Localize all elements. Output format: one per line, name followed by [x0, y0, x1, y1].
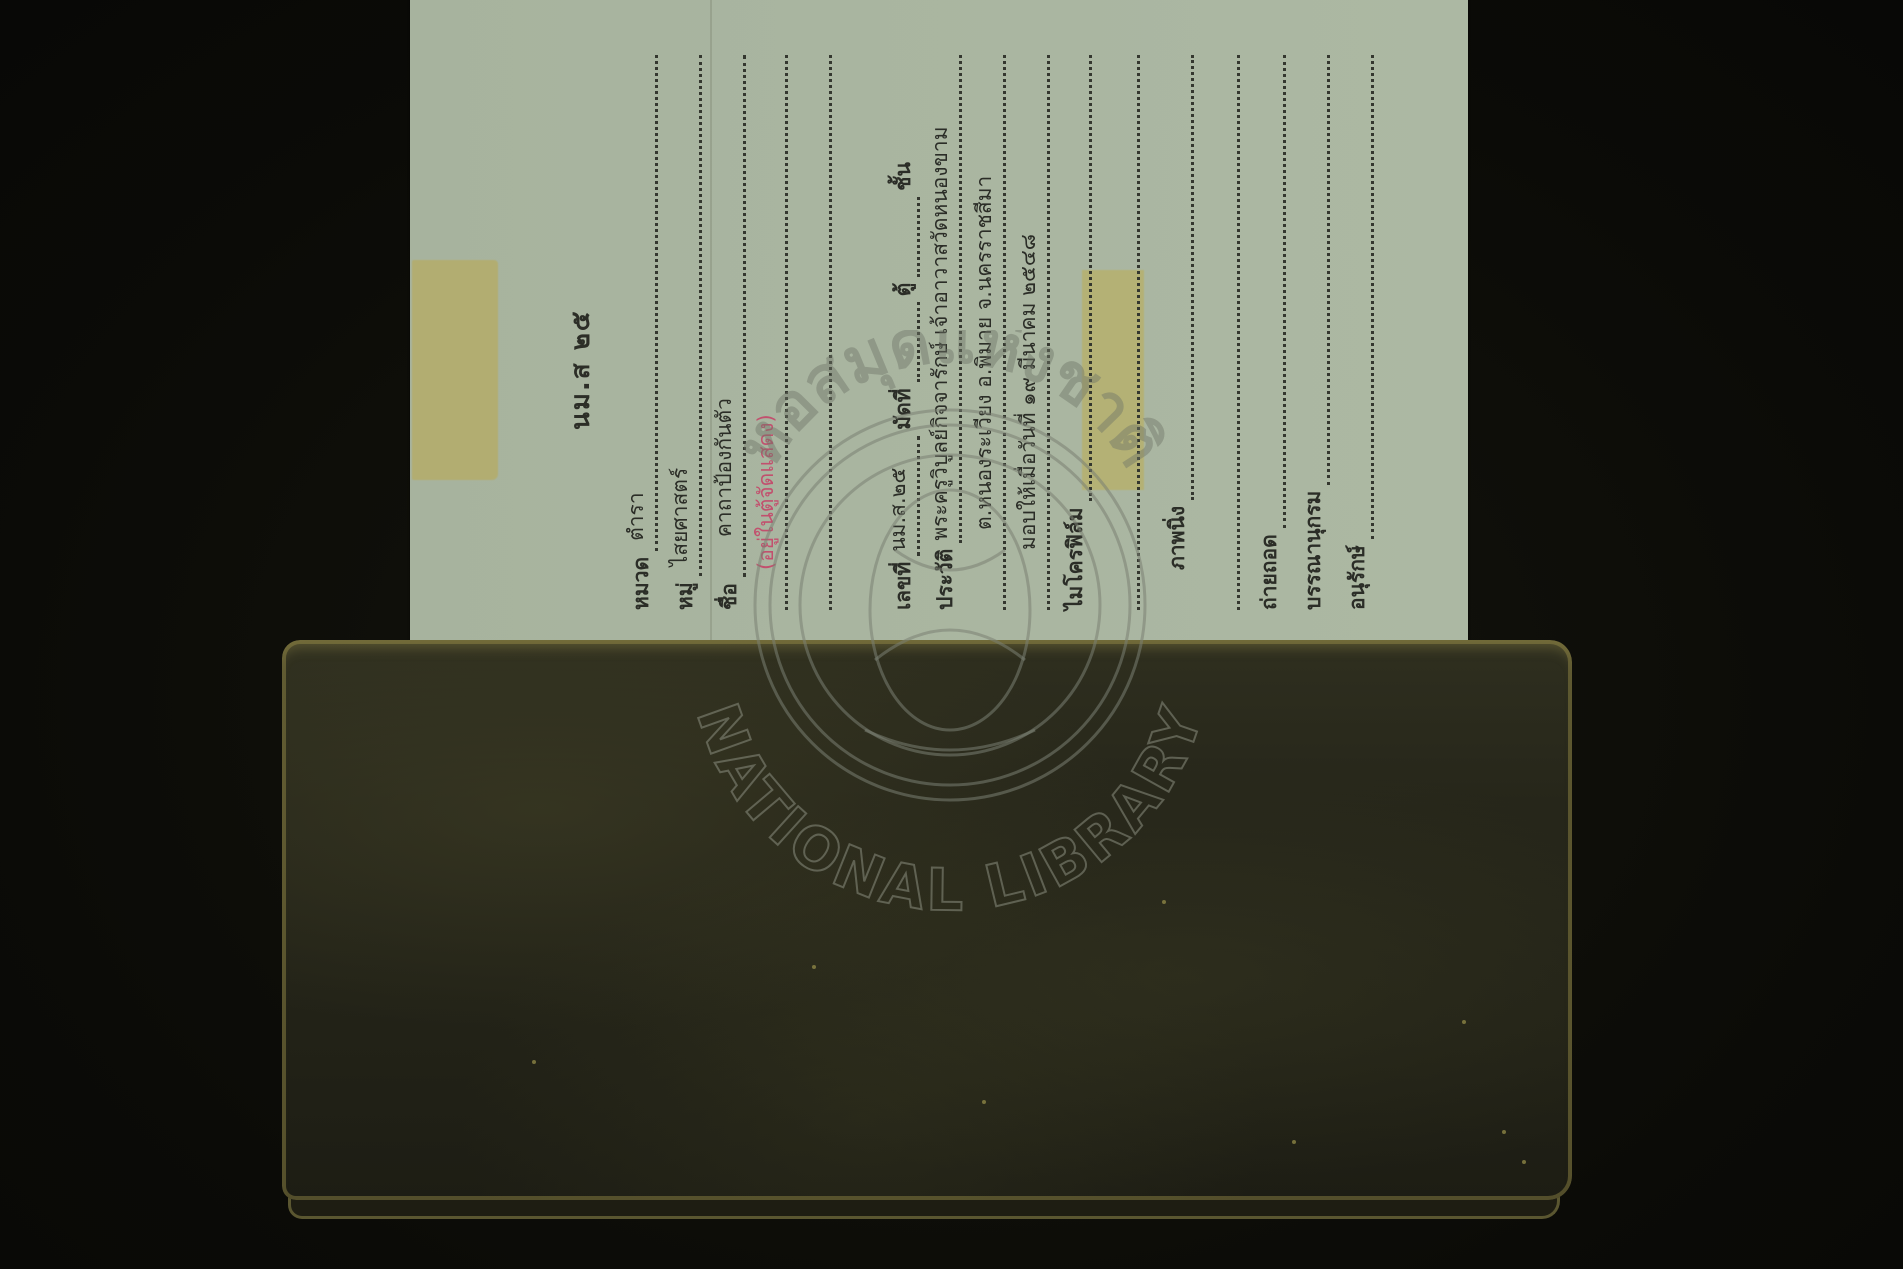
label-microfilm: ไมโครฟิล์ม	[1059, 501, 1092, 610]
dotted-line	[887, 197, 920, 277]
row-blank-3	[1210, 55, 1240, 610]
dotted-line	[1107, 55, 1140, 610]
row-conservation: อนุรักษ์	[1344, 55, 1374, 610]
dotted-line: มอบให้เมื่อวันที่ ๑๙ มีนาคม ๒๕๔๘	[1017, 55, 1050, 610]
dotted-line: คาถาป้องกันตัว	[713, 55, 746, 577]
dotted-line: ต.หนองระเวียง อ.พิมาย จ.นครราชสีมา	[973, 55, 1006, 610]
value-display-note: (อยู่ในตู้จัดแสดง)	[750, 414, 783, 570]
row-group: หมู่ ไสยศาสตร์	[672, 55, 702, 610]
row-history-3: มอบให้เมื่อวันที่ ๑๙ มีนาคม ๒๕๔๘	[1020, 55, 1050, 610]
dotted-line	[887, 302, 920, 382]
value-number: นม.ส.๒๕	[882, 468, 915, 552]
dotted-line: ตำรา	[625, 55, 658, 551]
dotted-line	[1207, 55, 1240, 610]
dotted-line	[1297, 55, 1330, 485]
label-category: หมวด	[625, 551, 658, 610]
dotted-line	[799, 55, 832, 610]
row-blank-1	[802, 55, 832, 610]
row-name: ชื่อ คาถาป้องกันตัว	[716, 55, 746, 610]
label-transcription: ถ่ายถอด	[1253, 528, 1286, 610]
dotted-line: พระครูวิบูลย์กิจจารักษ์ เจ้าอาวาสวัดหนอง…	[929, 55, 962, 543]
card-title: นม.ส ๒๕	[560, 0, 601, 640]
row-number: เลขที่ นม.ส.๒๕ มัดที่ ตู้ ชั้น	[890, 55, 920, 610]
label-number: เลขที่	[887, 556, 920, 610]
value-history-2: ต.หนองระเวียง อ.พิมาย จ.นครราชสีมา	[968, 176, 1001, 530]
row-history: ประวัติ พระครูวิบูลย์กิจจารักษ์ เจ้าอาวา…	[932, 55, 962, 610]
catalog-card: นม.ส ๒๕ หมวด ตำรา หมู่ ไสยศาสตร์ ชื่อ คา…	[410, 0, 1468, 640]
label-shelf: ชั้น	[887, 156, 920, 197]
row-category: หมวด ตำรา	[628, 55, 658, 610]
value-category: ตำรา	[620, 492, 653, 541]
row-still-image: ภาพนิ่ง	[1164, 55, 1194, 610]
dotted-line	[1059, 55, 1092, 501]
value-history-3: มอบให้เมื่อวันที่ ๑๙ มีนาคม ๒๕๔๘	[1012, 234, 1045, 550]
row-display-note: (อยู่ในตู้จัดแสดง)	[758, 55, 788, 610]
label-bibliography: บรรณานุกรม	[1297, 485, 1330, 610]
label-bundle: มัดที่	[887, 382, 920, 435]
row-transcription: ถ่ายถอด	[1256, 55, 1286, 610]
dotted-line	[1341, 55, 1374, 539]
value-group: ไสยศาสตร์	[664, 468, 697, 567]
row-bibliography: บรรณานุกรม	[1300, 55, 1330, 610]
label-group: หมู่	[669, 576, 702, 610]
label-conservation: อนุรักษ์	[1341, 539, 1374, 610]
dotted-line: (อยู่ในตู้จัดแสดง)	[755, 55, 788, 610]
dotted-line: ไสยศาสตร์	[669, 55, 702, 576]
label-name: ชื่อ	[713, 577, 746, 610]
dotted-line: นม.ส.๒๕	[887, 436, 920, 556]
label-still-image: ภาพนิ่ง	[1161, 500, 1194, 610]
value-name: คาถาป้องกันตัว	[708, 398, 741, 537]
row-blank-2	[1110, 55, 1140, 610]
label-history: ประวัติ	[929, 543, 962, 610]
card-content: นม.ส ๒๕ หมวด ตำรา หมู่ ไสยศาสตร์ ชื่อ คา…	[410, 0, 1468, 640]
row-microfilm: ไมโครฟิล์ม	[1062, 55, 1092, 610]
value-history: พระครูวิบูลย์กิจจารักษ์ เจ้าอาวาสวัดหนอง…	[924, 126, 957, 540]
dotted-line	[1253, 55, 1286, 528]
row-history-2: ต.หนองระเวียง อ.พิมาย จ.นครราชสีมา	[976, 55, 1006, 610]
dotted-line	[1161, 55, 1194, 500]
label-cabinet: ตู้	[887, 277, 920, 303]
